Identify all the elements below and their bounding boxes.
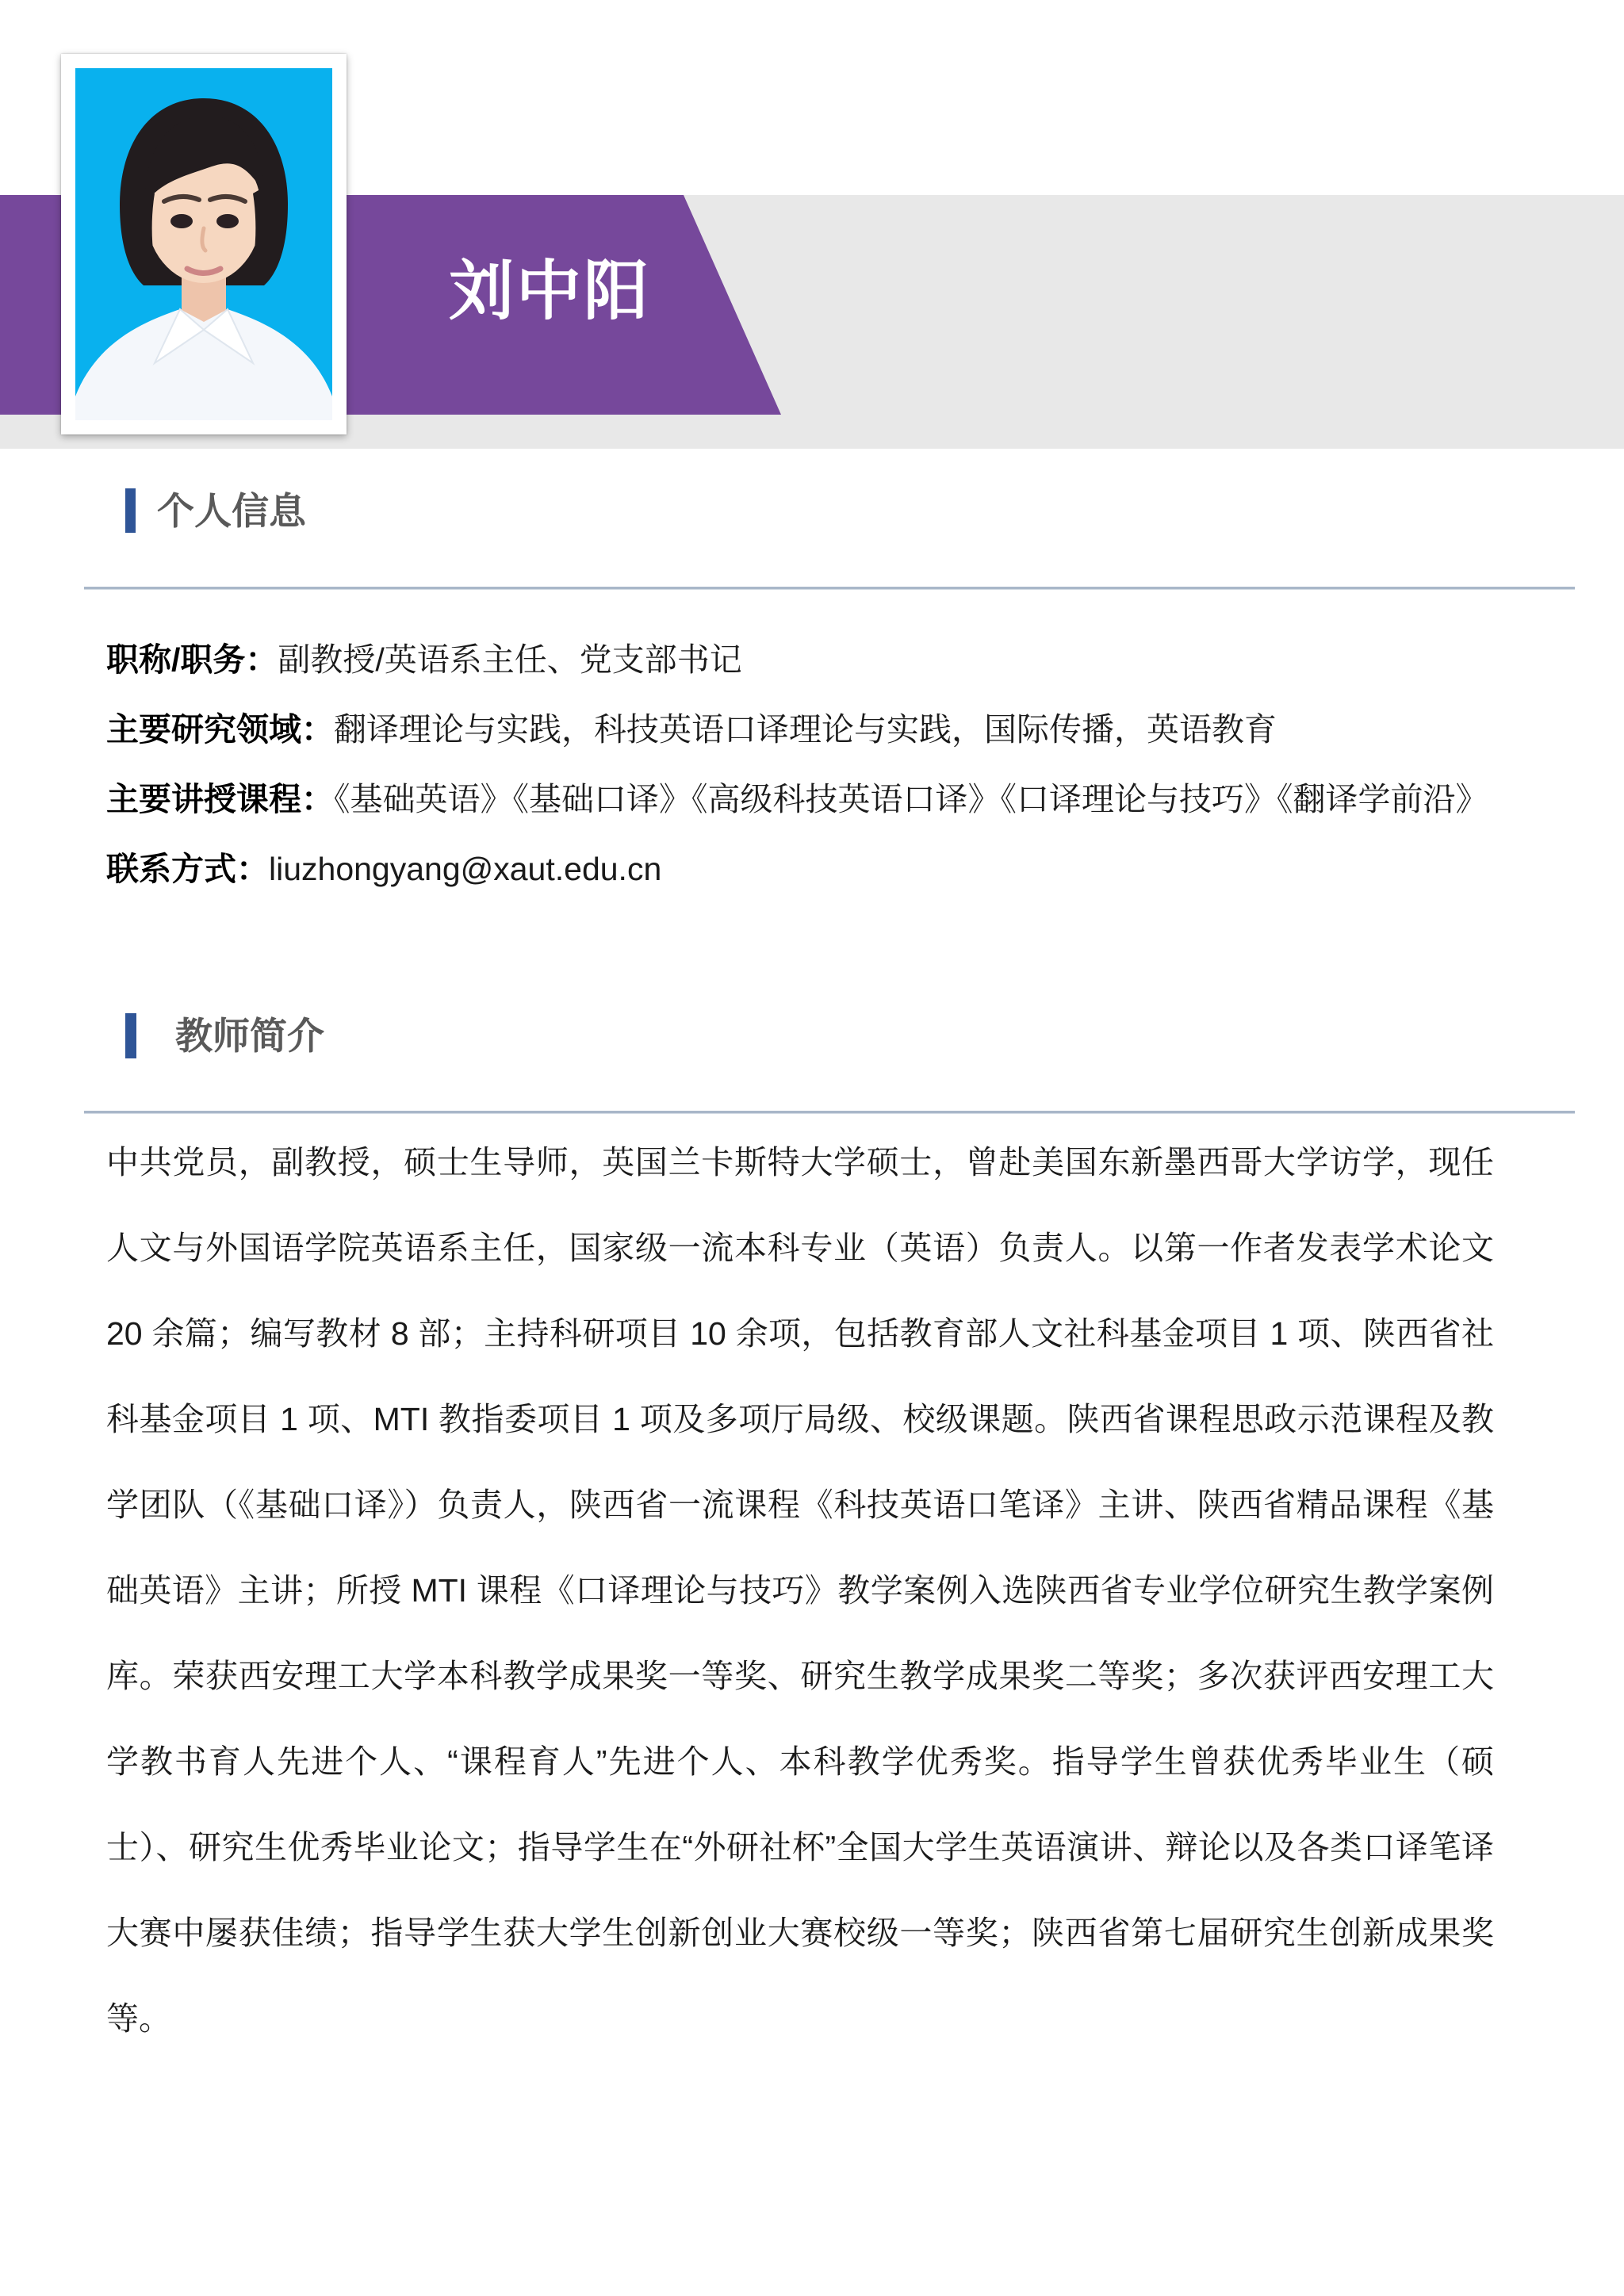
section-divider (84, 587, 1575, 590)
section-title: 教师简介 (175, 1017, 324, 1054)
section-title: 个人信息 (157, 492, 306, 530)
personal-info-block: 职称/职务：副教授/英语系主任、党支部书记 主要研究领域：翻译理论与实践，科技英… (106, 625, 1494, 904)
info-label: 主要研究领域： (106, 711, 334, 748)
section-header-personal-info: 个人信息 (125, 488, 306, 533)
section-header-bio: 教师简介 (125, 1013, 324, 1058)
info-label: 职称/职务： (106, 641, 278, 678)
info-value: 副教授/英语系主任、党支部书记 (278, 641, 741, 678)
info-label: 联系方式： (106, 851, 269, 887)
bio-paragraph: 中共党员，副教授，硕士生导师，英国兰卡斯特大学硕士，曾赴美国东新墨西哥大学访学，… (106, 1119, 1494, 2061)
accent-bar (125, 1013, 136, 1058)
faculty-name: 刘中阳 (449, 257, 651, 327)
section-divider (84, 1111, 1575, 1114)
info-item-contact: 联系方式：liuzhongyang@xaut.edu.cn (106, 834, 1494, 904)
info-value: 翻译理论与实践，科技英语口译理论与实践，国际传播，英语教育 (334, 711, 1277, 748)
faculty-profile-page: 刘中阳 (0, 0, 1624, 2296)
accent-bar (125, 488, 136, 533)
info-item-research-fields: 主要研究领域：翻译理论与实践，科技英语口译理论与实践，国际传播，英语教育 (106, 695, 1494, 764)
info-value: 《基础英语》《基础口译》《高级科技英语口译》《口译理论与技巧》《翻译学前沿》 (334, 781, 1488, 817)
info-item-courses: 主要讲授课程：《基础英语》《基础口译》《高级科技英语口译》《口译理论与技巧》《翻… (106, 764, 1494, 834)
info-label: 主要讲授课程： (106, 781, 334, 817)
info-item-title-position: 职称/职务：副教授/英语系主任、党支部书记 (106, 625, 1494, 695)
portrait-photo (75, 68, 332, 420)
profile-photo-frame (61, 54, 347, 434)
info-value-email: liuzhongyang@xaut.edu.cn (269, 851, 661, 887)
